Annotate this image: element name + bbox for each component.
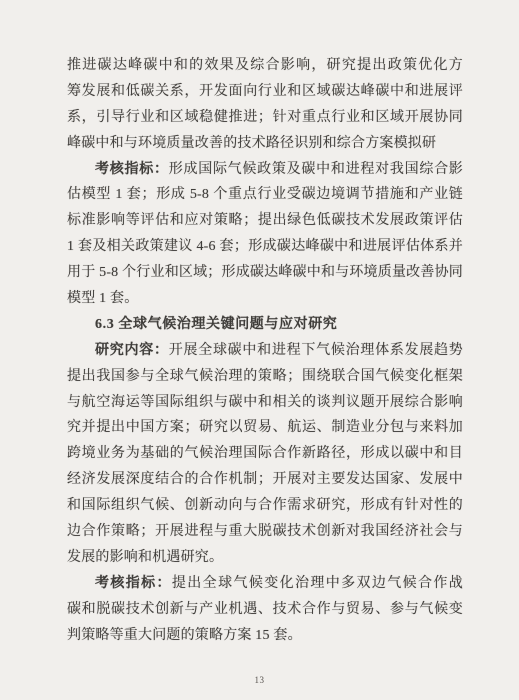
text-line: 模型 1 套。 — [67, 286, 463, 312]
text-line: 推进碳达峰碳中和的效果及综合影响，研究提出政策优化方案；统 — [67, 53, 463, 79]
text-line: 发展的影响和机遇研究。 — [67, 545, 463, 571]
text-line: 边合作策略；开展进程与重大脱碳技术创新对我国经济社会与产业 — [67, 519, 463, 545]
text-line: 经济发展深度结合的合作机制；开展对主要发达国家、发展中国家 — [67, 467, 463, 493]
text-block: 推进碳达峰碳中和的效果及综合影响，研究提出政策优化方案；统 筹发展和低碳关系，开… — [67, 53, 463, 648]
text-line: 峰碳中和与环境质量改善的技术路径识别和综合方案模拟研究。 — [67, 131, 463, 157]
text-line: 1 套及相关政策建议 4-6 套；形成碳达峰碳中和进展评估体系并应 — [67, 234, 463, 260]
text-line: 和国际组织气候、创新动向与合作需求研究，形成有针对性的双多 — [67, 493, 463, 519]
text-line: 判策略等重大问题的策略方案 15 套。 — [67, 623, 463, 649]
text-line: 估模型 1 套；形成 5-8 个重点行业受碳边境调节措施和产业链排放 — [67, 182, 463, 208]
text-line: 标准影响等评估和应对策略；提出绿色低碳技术发展政策评估体系 — [67, 208, 463, 234]
page-number: 13 — [0, 675, 519, 685]
text-line: 考核指标：形成国际气候政策及碳中和进程对我国综合影响评 — [67, 157, 463, 183]
section-heading: 6.3 全球气候治理关键问题与应对研究 — [67, 312, 463, 338]
text-line: 用于 5-8 个行业和区域；形成碳达峰碳中和与环境质量改善协同的 — [67, 260, 463, 286]
paragraph-label: 研究内容： — [95, 343, 169, 358]
text-line: 碳和脱碳技术创新与产业机遇、技术合作与贸易、参与气候变化谈 — [67, 597, 463, 623]
text-line: 研究内容：开展全球碳中和进程下气候治理体系发展趋势研究， — [67, 338, 463, 364]
text-line: 系，引导行业和区域稳健推进；针对重点行业和区域开展协同碳达 — [67, 105, 463, 131]
text-line: 究并提出中国方案；研究以贸易、航运、制造业分包与来料加工等 — [67, 415, 463, 441]
document-page: 推进碳达峰碳中和的效果及综合影响，研究提出政策优化方案；统 筹发展和低碳关系，开… — [0, 0, 519, 700]
text-line: 跨境业务为基础的气候治理国际合作新路径，形成以碳中和目标与 — [67, 441, 463, 467]
paragraph-label: 考核指标： — [95, 162, 169, 177]
paragraph-label: 考核指标： — [95, 576, 172, 591]
text-line: 考核指标：提出全球气候变化治理中多双边气候合作战略、低 — [67, 571, 463, 597]
text-line: 筹发展和低碳关系，开发面向行业和区域碳达峰碳中和进展评估体 — [67, 79, 463, 105]
text-line: 与航空海运等国际组织与碳中和相关的谈判议题开展综合影响研 — [67, 390, 463, 416]
text-line: 提出我国参与全球气候治理的策略；围绕联合国气候变化框架公约 — [67, 364, 463, 390]
